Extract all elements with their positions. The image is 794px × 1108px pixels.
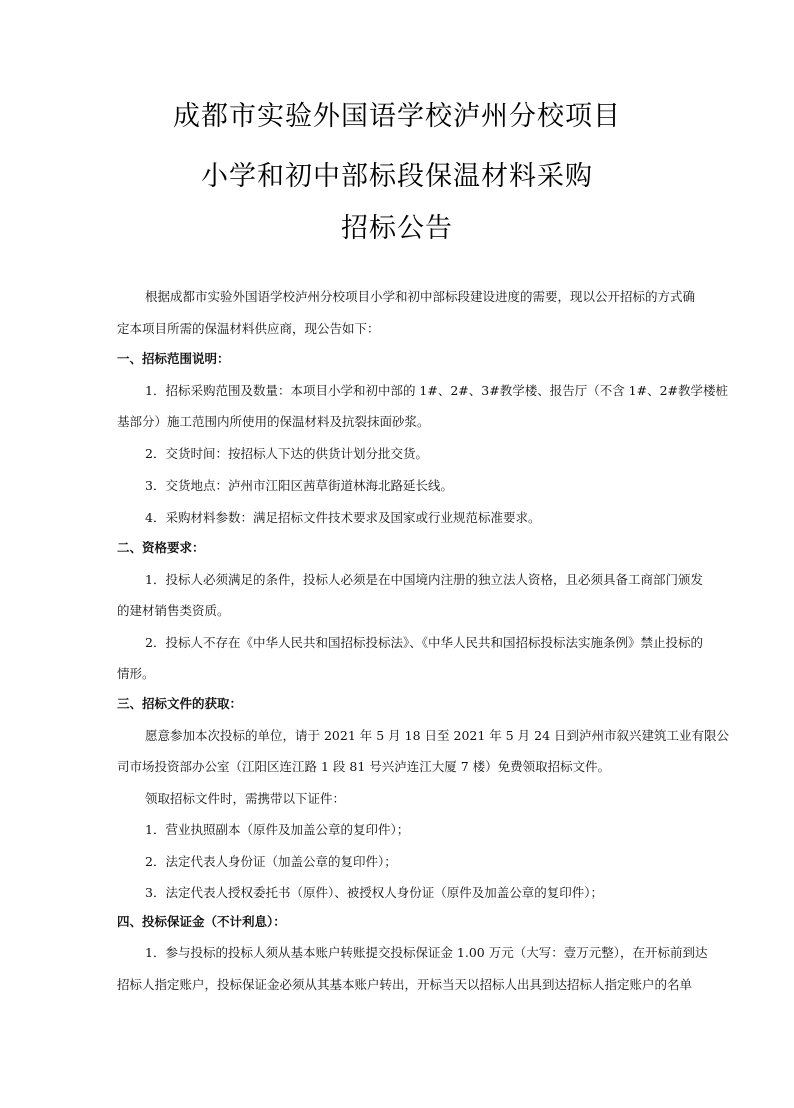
section-2-heading: 二、资格要求： [117, 540, 687, 556]
section-1-line: 1．招标采购范围及数量：本项目小学和初中部的 1#、2#、3#教学楼、报告厅（不… [145, 383, 715, 399]
title-line-2: 小学和初中部标段保温材料采购 [0, 160, 794, 194]
section-2-line: 2．投标人不存在《中华人民共和国招标投标法》、《中华人民共和国招标投标法实施条例… [145, 635, 715, 651]
document-page: 成都市实验外国语学校泸州分校项目 小学和初中部标段保温材料采购 招标公告 根据成… [0, 0, 794, 1108]
section-3-line: 司市场投资部办公室（江阳区连江路 1 段 81 号兴泸连江大厦 7 楼）免费领取… [117, 759, 687, 775]
section-1-line: 4．采购材料参数：满足招标文件技术要求及国家或行业规范标准要求。 [145, 510, 715, 526]
title-line-3: 招标公告 [0, 212, 794, 246]
section-1-line: 2．交货时间：按招标人下达的供货计划分批交货。 [145, 446, 715, 462]
section-2-line: 1．投标人必须满足的条件，投标人必须是在中国境内注册的独立法人资格，且必须具备工… [145, 572, 715, 588]
section-3-line: 3．法定代表人授权委托书（原件）、被授权人身份证（原件及加盖公章的复印件）； [145, 885, 715, 901]
section-4-line: 招标人指定账户，投标保证金必须从其基本账户转出，开标当天以招标人出具到达招标人指… [117, 977, 687, 993]
section-3-line: 愿意参加本次投标的单位，请于 2021 年 5 月 18 日至 2021 年 5… [145, 728, 715, 744]
section-3-line: 领取招标文件时，需携带以下证件： [145, 791, 715, 807]
section-1-line: 基部分）施工范围内所使用的保温材料及抗裂抹面砂浆。 [117, 414, 687, 430]
section-3-line: 1．营业执照副本（原件及加盖公章的复印件）； [145, 822, 715, 838]
intro-line-1: 根据成都市实验外国语学校泸州分校项目小学和初中部标段建设进度的需要，现以公开招标… [145, 289, 715, 305]
section-1-heading: 一、招标范围说明： [117, 351, 687, 367]
section-1-line: 3．交货地点：泸州市江阳区茜草街道林海北路延长线。 [145, 478, 715, 494]
section-2-line: 情形。 [117, 666, 687, 682]
section-4-heading: 四、投标保证金（不计利息）： [117, 914, 687, 930]
section-4-line: 1．参与投标的投标人须从基本账户转账提交投标保证金 1.00 万元（大写：壹万元… [145, 945, 715, 961]
section-3-heading: 三、招标文件的获取： [117, 696, 687, 712]
title-line-1: 成都市实验外国语学校泸州分校项目 [0, 100, 794, 134]
intro-line-2: 定本项目所需的保温材料供应商，现公告如下： [117, 321, 687, 337]
section-2-line: 的建材销售类资质。 [117, 603, 687, 619]
section-3-line: 2．法定代表人身份证（加盖公章的复印件）； [145, 854, 715, 870]
